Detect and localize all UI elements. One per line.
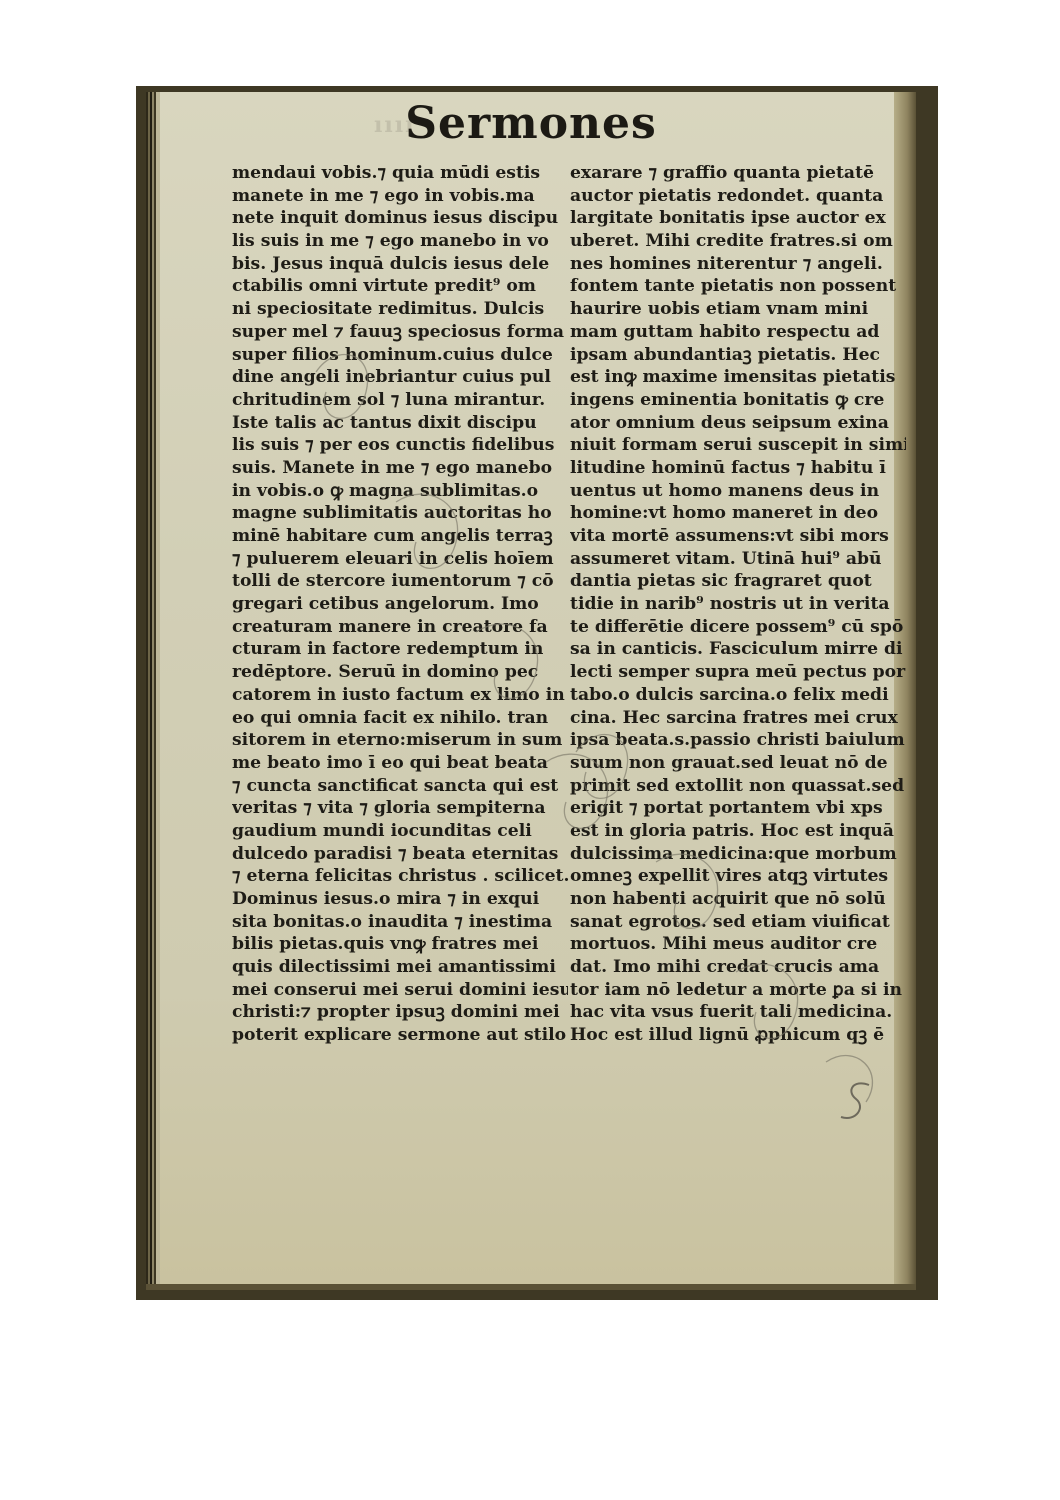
text-line: sita bonitas.o inaudita ⁊ inestima [232,911,568,934]
text-line: ⁊ puluerem eleuari in celis hoīem [232,548,568,571]
text-line: nete inquit dominus iesus discipu [232,207,568,230]
text-line: creaturam manere in creatore fa [232,616,568,639]
text-line: sa in canticis. Fasciculum mirre di [570,638,906,661]
decorative-s-mark-icon [831,1077,881,1127]
text-line: gregari cetibus angelorum. Imo [232,593,568,616]
text-line: uberet. Mihi credite fratres.si om [570,230,906,253]
text-line: magne sublimitatis auctoritas ho [232,502,568,525]
text-line: ctabilis omni virtute predit⁹ om [232,275,568,298]
text-line: erigit ⁊ portat portantem vbi xps [570,797,906,820]
text-line: homine:vt homo maneret in deo [570,502,906,525]
text-line: mam guttam habito respectu ad [570,321,906,344]
text-line: lis suis ⁊ per eos cunctis fidelibus [232,434,568,457]
text-line: primit sed extollit non quassat.sed [570,775,906,798]
text-line: dulcissima medicina:que morbum [570,843,906,866]
text-line: ⁊ cuncta sanctificat sancta qui est [232,775,568,798]
text-line: christi:⁊ propter ipsuꝫ domini mei [232,1001,568,1024]
text-line: sitorem in eterno:miserum in sum [232,729,568,752]
text-line: dine angeli inebriantur cuius pul [232,366,568,389]
text-line: quis dilectissimi mei amantissimi [232,956,568,979]
text-line: non habenti acquirit que nō solū [570,888,906,911]
running-title: Sermones [146,98,916,149]
text-line: ator omnium deus seipsum exina [570,412,906,435]
text-line: cina. Hec sarcina fratres mei crux [570,707,906,730]
text-line: te differētie dicere possem⁹ cū spō [570,616,906,639]
text-line: in vobis.o ꝙ magna sublimitas.o [232,480,568,503]
text-line: tabo.o dulcis sarcina.o felix medi [570,684,906,707]
page-bottom-edge [146,1284,916,1290]
text-line: manete in me ⁊ ego in vobis.ma [232,185,568,208]
text-line: ipsam abundantiaꝫ pietatis. Hec [570,344,906,367]
text-line: ipsa beata.s.passio christi baiulum [570,729,906,752]
text-line: uentus ut homo manens deus in [570,480,906,503]
text-line: me beato imo ī eo qui beat beata [232,752,568,775]
text-line: hac vita vsus fuerit tali medicina. [570,1001,906,1024]
text-line: lis suis in me ⁊ ego manebo in vo [232,230,568,253]
text-line: eo qui omnia facit ex nihilo. tran [232,707,568,730]
text-line: poterit explicare sermone aut stilo [232,1024,568,1047]
text-line: veritas ⁊ vita ⁊ gloria sempiterna [232,797,568,820]
text-line: haurire uobis etiam vnam mini [570,298,906,321]
text-line: exarare ⁊ graffio quanta pietatē [570,162,906,185]
text-line: largitate bonitatis ipse auctor ex [570,207,906,230]
text-line: minē habitare cum angelis terraꝫ [232,525,568,548]
text-line: suis. Manete in me ⁊ ego manebo [232,457,568,480]
text-column-right: exarare ⁊ graffio quanta pietatēauctor p… [570,162,906,1047]
text-line: niuit formam serui suscepit in simi [570,434,906,457]
text-line: Dominus iesus.o mira ⁊ in exqui [232,888,568,911]
text-line: ⁊ eterna felicitas christus . scilicet. [232,865,568,888]
text-line: fontem tante pietatis non possent [570,275,906,298]
text-line: tolli de stercore iumentorum ⁊ cō [232,570,568,593]
text-line: est inꝙ maxime imensitas pietatis [570,366,906,389]
text-line: auctor pietatis redondet. quanta [570,185,906,208]
text-line: catorem in iusto factum ex limo in [232,684,568,707]
text-line: cturam in factore redemptum in [232,638,568,661]
text-line: ingens eminentia bonitatis ꝙ cre [570,389,906,412]
binding-edge [146,92,160,1290]
paper-leaf: ıııı Sermones mendaui vobis.⁊ quia mūdi … [146,92,916,1290]
text-column-left: mendaui vobis.⁊ quia mūdi estismanete in… [232,162,568,1047]
text-line: dantia pietas sic fragraret quot [570,570,906,593]
text-line: litudine hominū factus ⁊ habitu ī [570,457,906,480]
text-line: assumeret vitam. Utinā hui⁹ abū [570,548,906,571]
text-line: vita mortē assumens:vt sibi mors [570,525,906,548]
text-line: Hoc est illud lignū ꝓphicum qꝫ ē [570,1024,906,1047]
text-line: est in gloria patris. Hoc est inquā [570,820,906,843]
text-line: bis. Jesus inquā dulcis iesus dele [232,253,568,276]
text-line: super mel ⁊ fauuꝫ speciosus forma [232,321,568,344]
text-line: redēptore. Seruū in domino pec [232,661,568,684]
text-line: dat. Imo mihi credat crucis ama [570,956,906,979]
text-line: tidie in narib⁹ nostris ut in verita [570,593,906,616]
text-line: tor iam nō ledetur a morte ꝑa si in [570,979,906,1002]
text-line: bilis pietas.quis vnꝙ fratres mei [232,933,568,956]
text-line: sanat egrotos. sed etiam viuificat [570,911,906,934]
text-line: suum non grauat.sed leuat nō de [570,752,906,775]
text-line: chritudinem sol ⁊ luna mirantur. [232,389,568,412]
text-line: gaudium mundi iocunditas celi [232,820,568,843]
text-line: nes homines niterentur ⁊ angeli. [570,253,906,276]
text-line: omneꝫ expellit vires atqꝫ virtutes [570,865,906,888]
text-line: dulcedo paradisi ⁊ beata eternitas [232,843,568,866]
text-line: mortuos. Mihi meus auditor cre [570,933,906,956]
text-line: lecti semper supra meū pectus por [570,661,906,684]
text-line: Iste talis ac tantus dixit discipu [232,412,568,435]
scanned-page: ıııı Sermones mendaui vobis.⁊ quia mūdi … [136,86,938,1300]
text-line: mei conserui mei serui domini iesu [232,979,568,1002]
text-line: super filios hominum.cuius dulce [232,344,568,367]
text-line: ni speciositate redimitus. Dulcis [232,298,568,321]
text-line: mendaui vobis.⁊ quia mūdi estis [232,162,568,185]
